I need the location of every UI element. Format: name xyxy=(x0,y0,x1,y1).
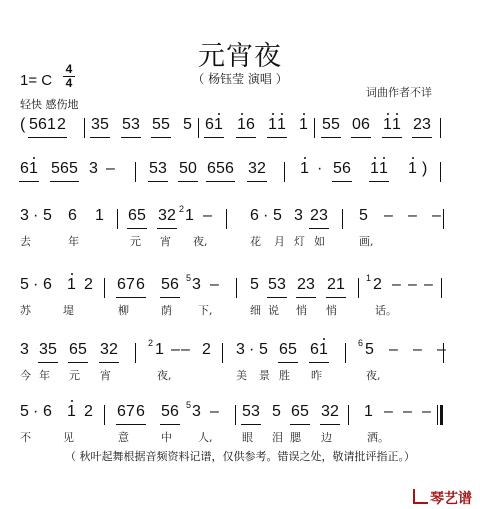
lyric: 灯 xyxy=(294,233,305,249)
note: 1 xyxy=(370,160,379,178)
note: 1 xyxy=(299,116,308,134)
bar-line xyxy=(117,209,118,229)
lyric: 下, xyxy=(198,302,213,318)
bar-line xyxy=(198,118,199,138)
note: 5 xyxy=(333,160,342,178)
lyric: 去 xyxy=(20,233,31,249)
note: – xyxy=(413,341,422,359)
note: 6 xyxy=(60,160,69,178)
note: 2 xyxy=(330,403,339,421)
note: 5 xyxy=(51,160,60,178)
score-row: 5·612676563–53565321–––5不见意中人,眼泪腮边洒。 xyxy=(0,403,480,427)
note: 6 xyxy=(20,160,29,178)
grace-note: 5 xyxy=(186,273,191,283)
lyric: 腮 xyxy=(290,429,301,445)
score-row: 33565321––23·565615–––26今年元宵夜,美景胜昨夜, xyxy=(0,341,480,365)
lyric: 荫 xyxy=(161,302,172,318)
note: 1 xyxy=(268,116,277,134)
beam-underline xyxy=(309,228,329,229)
note: ) xyxy=(422,160,427,178)
beam-underline xyxy=(290,424,310,425)
high-octave-dot xyxy=(281,113,283,115)
note: 5 xyxy=(331,116,340,134)
bar-line xyxy=(440,162,441,182)
bar-line xyxy=(358,278,359,298)
lyric: 昨 xyxy=(311,367,322,383)
note: 1 xyxy=(155,341,164,359)
note: 3 xyxy=(192,276,201,294)
note: 5 xyxy=(100,116,109,134)
beam-underline xyxy=(127,228,147,229)
note: 5 xyxy=(149,160,158,178)
score-row: 5·612676563–55323212–––51苏堤柳荫下,细说悄悄话。 xyxy=(0,276,480,300)
beam-underline xyxy=(50,181,79,182)
beam-underline xyxy=(38,362,58,363)
beam-underline xyxy=(236,137,256,138)
note: – xyxy=(389,341,398,359)
beam-underline xyxy=(382,137,402,138)
note: 5 xyxy=(272,403,281,421)
note: 5 xyxy=(161,276,170,294)
note: – xyxy=(408,276,417,294)
lyric: 如 xyxy=(314,233,325,249)
note: 1 xyxy=(392,116,401,134)
beam-underline xyxy=(160,424,180,425)
bar-line xyxy=(348,405,349,425)
bar-line xyxy=(314,118,315,138)
beam-underline xyxy=(157,228,177,229)
note: – xyxy=(384,207,393,225)
note: 6 xyxy=(43,403,52,421)
bar-line xyxy=(222,343,223,363)
beam-underline xyxy=(332,181,352,182)
bar-line xyxy=(235,405,236,425)
lyric: 宵 xyxy=(100,367,111,383)
beam-underline xyxy=(369,181,389,182)
lyric: 悄 xyxy=(326,302,337,318)
note: 5 xyxy=(29,116,38,134)
note: 3 xyxy=(319,207,328,225)
lyric: 元 xyxy=(69,367,80,383)
note: 5 xyxy=(365,341,374,359)
note: 6 xyxy=(310,341,319,359)
note: 3 xyxy=(158,160,167,178)
note: 1 xyxy=(29,160,38,178)
high-octave-dot xyxy=(218,113,220,115)
beam-underline xyxy=(351,137,371,138)
note: 1 xyxy=(185,207,194,225)
lyric: 见 xyxy=(63,429,74,445)
final-bar-thick xyxy=(440,405,443,425)
beam-underline xyxy=(121,137,141,138)
lyric: 洒。 xyxy=(367,429,389,445)
lyric: 说 xyxy=(268,302,279,318)
lyric: 景 xyxy=(259,367,270,383)
note: ( xyxy=(20,116,25,134)
bar-line xyxy=(104,278,105,298)
note: 3 xyxy=(236,341,245,359)
note: 0 xyxy=(188,160,197,178)
bar-line xyxy=(236,278,237,298)
note: 6 xyxy=(361,116,370,134)
note: · xyxy=(317,160,322,178)
key-signature: 1= C xyxy=(20,72,52,89)
beam-underline xyxy=(309,362,329,363)
note: 6 xyxy=(43,276,52,294)
lyric: 今 xyxy=(20,367,31,383)
beam-underline xyxy=(160,297,180,298)
note: 5 xyxy=(268,276,277,294)
note: 6 xyxy=(225,160,234,178)
note: 5 xyxy=(242,403,251,421)
note: 5 xyxy=(179,160,188,178)
note: · xyxy=(249,341,254,359)
note: · xyxy=(263,207,268,225)
note: 2 xyxy=(202,341,211,359)
note: 6 xyxy=(342,160,351,178)
bar-line xyxy=(342,209,343,229)
note: 7 xyxy=(126,276,135,294)
transcription-note: （ 秋叶起舞根据音频资料记谱，仅供参考。错误之处，敬请批评指正。） xyxy=(0,448,480,464)
note: – xyxy=(432,207,441,225)
beam-underline xyxy=(116,424,146,425)
bar-line xyxy=(345,343,346,363)
note: 3 xyxy=(321,403,330,421)
note: 6 xyxy=(207,160,216,178)
high-octave-dot xyxy=(304,157,306,159)
lyric: 月 xyxy=(274,233,285,249)
time-sig-bottom: 4 xyxy=(66,76,73,90)
note: 1 xyxy=(214,116,223,134)
note: – xyxy=(210,276,219,294)
lyric: 夜, xyxy=(157,367,172,383)
note: 6 xyxy=(205,116,214,134)
note: 1 xyxy=(277,116,286,134)
beam-underline xyxy=(247,181,267,182)
note: 5 xyxy=(273,207,282,225)
beam-underline xyxy=(241,424,261,425)
note: 3 xyxy=(277,276,286,294)
note: 6 xyxy=(38,116,47,134)
note: 6 xyxy=(246,116,255,134)
note: 6 xyxy=(250,207,259,225)
note: 5 xyxy=(43,207,52,225)
lyric: 画, xyxy=(359,233,374,249)
lyric: 柳 xyxy=(118,302,129,318)
note: 3 xyxy=(192,403,201,421)
beam-underline xyxy=(28,137,67,138)
note: 6 xyxy=(69,341,78,359)
time-signature: 4 4 xyxy=(63,64,75,89)
note: – xyxy=(106,160,115,178)
note: 6 xyxy=(117,276,126,294)
note: 5 xyxy=(250,276,259,294)
note: 6 xyxy=(170,403,179,421)
beam-underline xyxy=(267,297,287,298)
bar-line xyxy=(284,162,285,182)
note: 3 xyxy=(91,116,100,134)
beam-underline xyxy=(19,181,39,182)
note: 0 xyxy=(352,116,361,134)
note: 6 xyxy=(68,207,77,225)
note: 3 xyxy=(89,160,98,178)
note: 2 xyxy=(297,276,306,294)
note: 5 xyxy=(137,207,146,225)
note: 5 xyxy=(300,403,309,421)
logo-text: 琴艺谱 xyxy=(430,490,472,506)
note: – xyxy=(408,207,417,225)
bar-line xyxy=(443,209,444,229)
note: 7 xyxy=(126,403,135,421)
bar-line xyxy=(104,405,105,425)
note: – xyxy=(437,341,446,359)
lyric: 夜, xyxy=(193,233,208,249)
note: 2 xyxy=(84,276,93,294)
note: 1 xyxy=(300,160,309,178)
composer-credit: 词曲作者不详 xyxy=(366,84,432,100)
note: 1 xyxy=(67,403,76,421)
note: 5 xyxy=(152,116,161,134)
bar-line xyxy=(441,278,442,298)
bar-line xyxy=(84,118,85,138)
score-row: 3·56165321–6·53235–––2去年元宵夜,花月灯如画, xyxy=(0,207,480,231)
bar-line xyxy=(443,343,444,363)
note: – xyxy=(422,403,431,421)
note: 3 xyxy=(294,207,303,225)
beam-underline xyxy=(278,362,298,363)
lyric: 泪 xyxy=(272,429,283,445)
note: 2 xyxy=(84,403,93,421)
lyric: 眼 xyxy=(242,429,253,445)
beam-underline xyxy=(116,297,146,298)
note: – xyxy=(181,341,190,359)
note: 5 xyxy=(322,116,331,134)
lyric: 年 xyxy=(68,233,79,249)
beam-underline xyxy=(178,181,198,182)
note: – xyxy=(171,341,180,359)
note: · xyxy=(33,403,38,421)
grace-note: 2 xyxy=(148,338,153,348)
beam-underline xyxy=(204,137,224,138)
high-octave-dot xyxy=(387,113,389,115)
beam-underline xyxy=(267,137,287,138)
lyric: 人, xyxy=(198,429,213,445)
note: 2 xyxy=(373,276,382,294)
score-row: (56123553555611611155061123 xyxy=(0,116,480,140)
lyric: 意 xyxy=(118,429,129,445)
note: 3 xyxy=(158,207,167,225)
note: 3 xyxy=(422,116,431,134)
note: 1 xyxy=(67,276,76,294)
note: – xyxy=(203,207,212,225)
note: 2 xyxy=(310,207,319,225)
note: 2 xyxy=(109,341,118,359)
note: 1 xyxy=(319,341,328,359)
note: – xyxy=(424,276,433,294)
lyric: 不 xyxy=(20,429,31,445)
grace-note: 5 xyxy=(186,400,191,410)
note: 6 xyxy=(291,403,300,421)
high-octave-dot xyxy=(383,157,385,159)
bar-line xyxy=(226,209,227,229)
high-octave-dot xyxy=(303,113,305,115)
note: – xyxy=(403,403,412,421)
bar-line xyxy=(135,162,136,182)
note: 5 xyxy=(259,341,268,359)
lyric: 夜, xyxy=(366,367,381,383)
note: 1 xyxy=(379,160,388,178)
note: – xyxy=(210,403,219,421)
beam-underline xyxy=(320,424,340,425)
note: 6 xyxy=(136,403,145,421)
note: 6 xyxy=(279,341,288,359)
lyric: 悄 xyxy=(296,302,307,318)
note: 2 xyxy=(257,160,266,178)
note: 5 xyxy=(20,403,29,421)
lyric: 胜 xyxy=(279,367,290,383)
high-octave-dot xyxy=(323,338,325,340)
note: 6 xyxy=(117,403,126,421)
lyric: 中 xyxy=(161,429,172,445)
note: 3 xyxy=(306,276,315,294)
note: 5 xyxy=(288,341,297,359)
note: 5 xyxy=(161,403,170,421)
note: 1 xyxy=(95,207,104,225)
beam-underline xyxy=(412,137,432,138)
lyric: 边 xyxy=(321,429,332,445)
final-bar-thin xyxy=(437,405,438,425)
note: 6 xyxy=(170,276,179,294)
note: 2 xyxy=(167,207,176,225)
beam-underline xyxy=(148,181,168,182)
note: 3 xyxy=(20,207,29,225)
note: 5 xyxy=(216,160,225,178)
lyric: 年 xyxy=(39,367,50,383)
grace-note: 1 xyxy=(366,273,371,283)
note: 5 xyxy=(48,341,57,359)
note: – xyxy=(384,403,393,421)
grace-note: 6 xyxy=(358,338,363,348)
bar-line xyxy=(135,343,136,363)
note: 3 xyxy=(131,116,140,134)
beam-underline xyxy=(296,297,316,298)
grace-note: 2 xyxy=(179,204,184,214)
lyric: 话。 xyxy=(375,302,397,318)
lyric: 堤 xyxy=(63,302,74,318)
note: 5 xyxy=(183,116,192,134)
note: 2 xyxy=(413,116,422,134)
note: 3 xyxy=(100,341,109,359)
beam-underline xyxy=(99,362,119,363)
lyric: 苏 xyxy=(20,302,31,318)
high-octave-dot xyxy=(412,157,414,159)
note: 1 xyxy=(47,116,56,134)
note: 3 xyxy=(251,403,260,421)
note: 1 xyxy=(237,116,246,134)
lyric: 细 xyxy=(250,302,261,318)
lyric: 宵 xyxy=(160,233,171,249)
beam-underline xyxy=(151,137,171,138)
note: 2 xyxy=(57,116,66,134)
high-octave-dot xyxy=(374,157,376,159)
note: 1 xyxy=(336,276,345,294)
note: 5 xyxy=(161,116,170,134)
note: 3 xyxy=(20,341,29,359)
lyric: 花 xyxy=(250,233,261,249)
note: 3 xyxy=(248,160,257,178)
beam-underline xyxy=(206,181,235,182)
site-logo: 琴艺谱 xyxy=(430,488,472,508)
note: 1 xyxy=(408,160,417,178)
note: – xyxy=(392,276,401,294)
logo-icon xyxy=(413,489,428,504)
lyric: 元 xyxy=(130,233,141,249)
note: · xyxy=(33,207,38,225)
high-octave-dot xyxy=(71,400,73,402)
high-octave-dot xyxy=(272,113,274,115)
score-row: 615653–5350656321·56111) xyxy=(0,160,480,184)
beam-underline xyxy=(68,362,88,363)
high-octave-dot xyxy=(33,157,35,159)
lyric: 美 xyxy=(236,367,247,383)
note: 1 xyxy=(383,116,392,134)
bar-line xyxy=(440,118,441,138)
note: 5 xyxy=(69,160,78,178)
beam-underline xyxy=(321,137,341,138)
beam-underline xyxy=(90,137,110,138)
note: 6 xyxy=(136,276,145,294)
high-octave-dot xyxy=(241,113,243,115)
note: 5 xyxy=(359,207,368,225)
note: 6 xyxy=(128,207,137,225)
note: · xyxy=(33,276,38,294)
note: 1 xyxy=(364,403,373,421)
note: 3 xyxy=(39,341,48,359)
note: 5 xyxy=(20,276,29,294)
beam-underline xyxy=(326,297,346,298)
note: 5 xyxy=(122,116,131,134)
high-octave-dot xyxy=(71,273,73,275)
note: 5 xyxy=(78,341,87,359)
high-octave-dot xyxy=(396,113,398,115)
time-sig-top: 4 xyxy=(66,62,73,76)
note: 2 xyxy=(327,276,336,294)
tempo-marking: 轻快 感伤地 xyxy=(20,96,79,112)
